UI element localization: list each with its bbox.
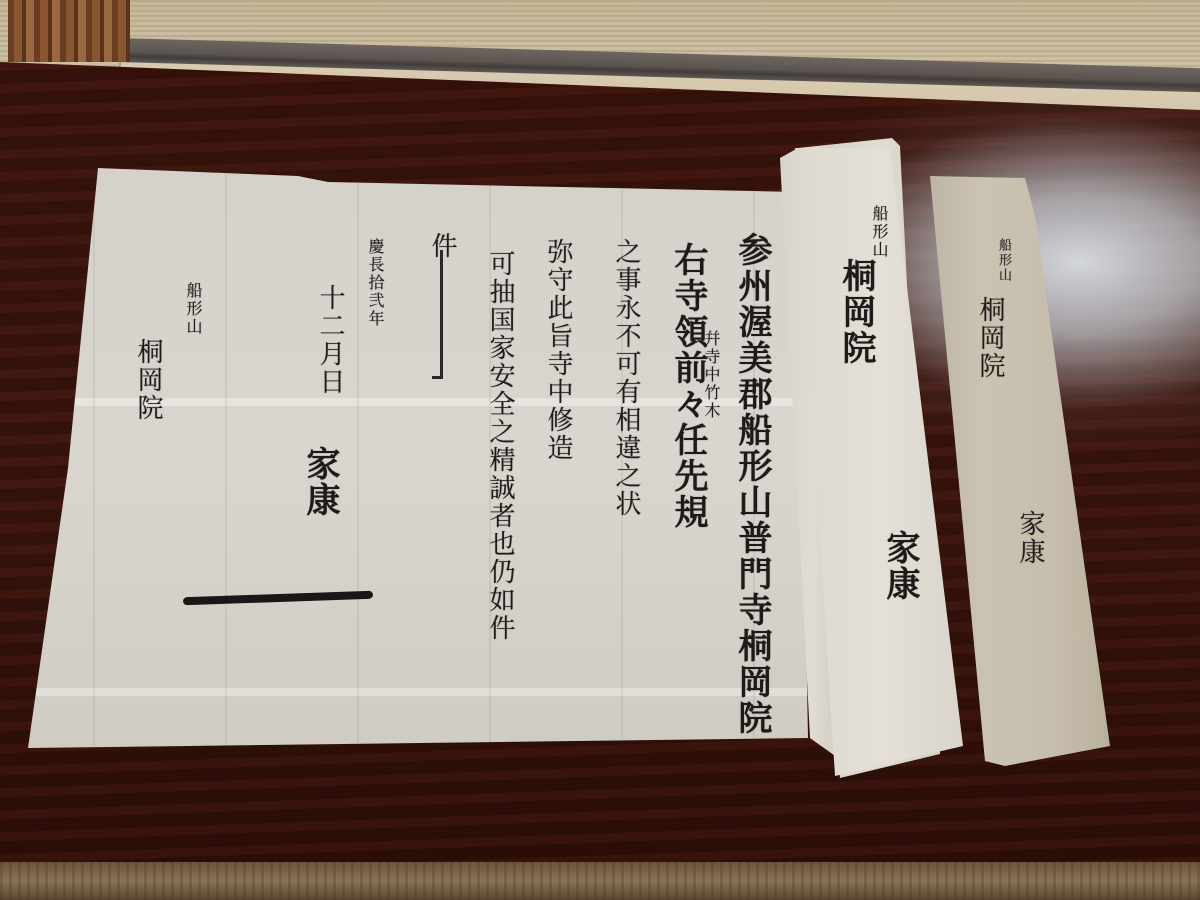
letter-column-3: 之事永不可有相違之状 bbox=[608, 238, 645, 518]
tatami-mat-bottom bbox=[0, 862, 1200, 900]
signer-name: 家康 bbox=[296, 446, 345, 518]
letter-column-4: 弥守此旨寺中修造 bbox=[540, 238, 577, 462]
closing-bracket-stroke bbox=[432, 250, 443, 379]
date-year-note: 慶長拾弐年 bbox=[364, 238, 387, 328]
wooden-pillar bbox=[8, 0, 130, 62]
wrapper-2-signer: 家康 bbox=[1012, 510, 1049, 566]
wrapper-1-address: 桐岡院 bbox=[832, 258, 881, 366]
letter-column-2-note: 幷寺中竹木 bbox=[700, 330, 723, 420]
date-month-day: 十二月日 bbox=[312, 284, 349, 396]
left-address-small: 船形山 bbox=[182, 282, 205, 336]
wrapper-2-address-small: 船形山 bbox=[994, 238, 1013, 283]
letter-column-5: 可抽国家安全之精誠者也仍如件 bbox=[482, 250, 519, 642]
left-address-name: 桐岡院 bbox=[130, 338, 167, 422]
wrapper-1-address-small: 船形山 bbox=[868, 205, 891, 259]
wrapper-2-address: 桐岡院 bbox=[972, 296, 1009, 380]
letter-column-1: 参州渥美郡船形山普門寺桐岡院 bbox=[728, 232, 777, 736]
wrapper-1-signer: 家康 bbox=[876, 530, 925, 602]
